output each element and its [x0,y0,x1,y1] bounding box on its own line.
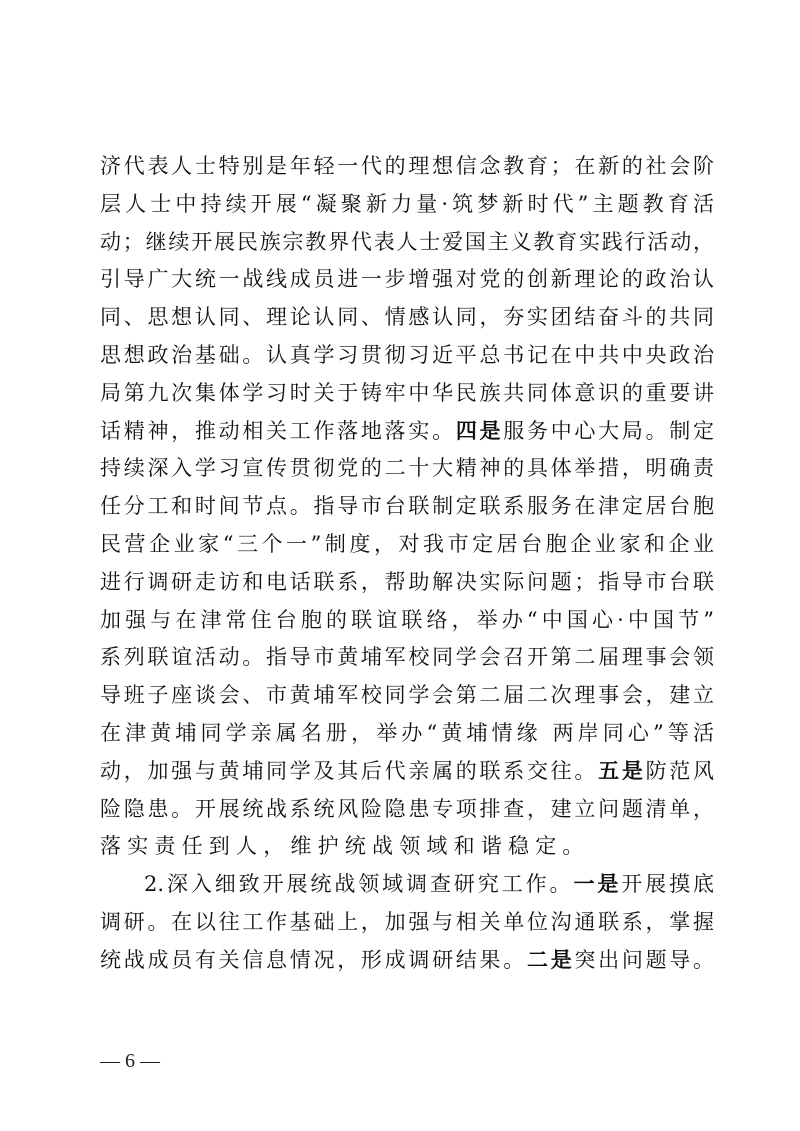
text-line: 动，加强与黄埔同学及其后代亲属的联系交往。五是防范风 [100,753,714,791]
text-line: 系列联谊活动。指导市黄埔军校同学会召开第二届理事会领 [100,639,714,677]
text-line: 引导广大统一战线成员进一步增强对党的创新理论的政治认 [100,261,714,299]
document-page: 济代表人士特别是年轻一代的理想信念教育；在新的社会阶 层人士中持续开展“凝聚新力… [0,0,800,1131]
text-run: 开展摸底 [621,872,714,896]
text-line: 加强与在津常住台胞的联谊联络，举办“中国心·中国节” [100,602,714,640]
text-line: 局第九次集体学习时关于铸牢中华民族共同体意识的重要讲 [100,375,714,413]
bold-marker: 四是 [456,419,503,443]
bold-marker: 一是 [573,872,621,896]
text-line: 济代表人士特别是年轻一代的理想信念教育；在新的社会阶 [100,148,714,186]
bold-marker: 五是 [598,759,645,783]
section-heading-line: 2.深入细致开展统战领域调查研究工作。一是开展摸底 [100,866,714,904]
text-run: 2.深入细致开展统战领域调查研究工作。 [144,872,573,896]
text-line: 持续深入学习宣传贯彻党的二十大精神的具体举措，明确责 [100,450,714,488]
text-line: 层人士中持续开展“凝聚新力量·筑梦新时代”主题教育活 [100,186,714,224]
text-line: 同、思想认同、理论认同、情感认同，夯实团结奋斗的共同 [100,299,714,337]
text-line: 险隐患。开展统战系统风险隐患专项排查，建立问题清单， [100,791,714,829]
text-line: 在津黄埔同学亲属名册，举办“黄埔情缘 两岸同心”等活 [100,715,714,753]
text-line: 民营企业家“三个一”制度，对我市定居台胞企业家和企业 [100,526,714,564]
text-run: 防范风 [646,759,714,783]
text-line: 话精神，推动相关工作落地落实。四是服务中心大局。制定 [100,413,714,451]
text-run: 服务中心大局。制定 [503,419,714,443]
text-line: 调研。在以往工作基础上，加强与相关单位沟通联系，掌握 [100,904,714,942]
text-line: 导班子座谈会、市黄埔军校同学会第二届二次理事会，建立 [100,677,714,715]
bold-marker: 二是 [527,948,574,972]
page-number: — 6 — [100,1050,160,1073]
text-line: 落实责任到人，维护统战领域和谐稳定。 [100,828,714,866]
text-line: 动；继续开展民族宗教界代表人士爱国主义教育实践行活动， [100,224,714,262]
text-line: 统战成员有关信息情况，形成调研结果。二是突出问题导。 [100,942,714,980]
text-run: 突出问题导。 [574,948,714,972]
text-run: 话精神，推动相关工作落地落实。 [100,419,456,443]
text-line: 任分工和时间节点。指导市台联制定联系服务在津定居台胞 [100,488,714,526]
text-line: 思想政治基础。认真学习贯彻习近平总书记在中共中央政治 [100,337,714,375]
text-run: 统战成员有关信息情况，形成调研结果。 [100,948,527,972]
text-line: 进行调研走访和电话联系，帮助解决实际问题；指导市台联 [100,564,714,602]
text-run: 动，加强与黄埔同学及其后代亲属的联系交往。 [100,759,598,783]
body-text: 济代表人士特别是年轻一代的理想信念教育；在新的社会阶 层人士中持续开展“凝聚新力… [100,148,714,980]
